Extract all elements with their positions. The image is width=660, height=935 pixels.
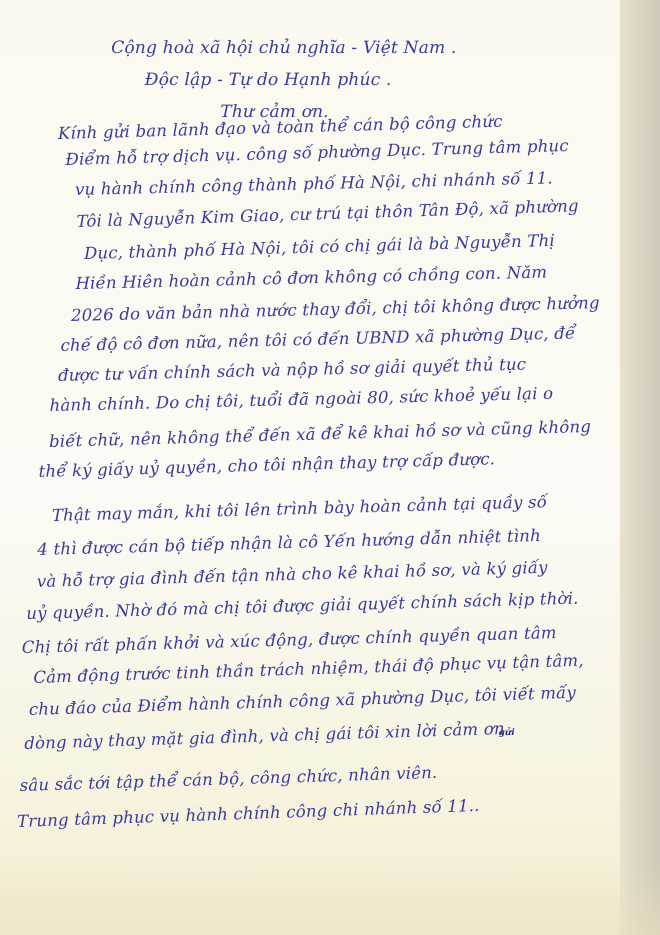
letter-line-4: Tôi là Nguyễn Kim Giao, cư trú tại thôn … — [76, 196, 578, 231]
letter-line-8: chế độ cô đơn nữa, nên tôi có đến UBND x… — [60, 323, 575, 355]
letter-line-16: uỷ quyền. Nhờ đó mà chị tôi được giải qu… — [26, 589, 578, 623]
letter-line-19: chu đáo của Điểm hành chính công xã phườ… — [29, 683, 576, 719]
letter-line-3: vụ hành chính công thành phố Hà Nội, chi… — [75, 168, 553, 199]
letter-line-14: 4 thì được cán bộ tiếp nhận là cô Yến hư… — [37, 526, 541, 559]
letter-line-9: được tư vấn chính sách và nộp hồ sơ giải… — [58, 355, 526, 385]
national-motto-line1: Cộng hoà xã hội chủ nghĩa - Việt Nam . — [111, 38, 457, 58]
letter-line-5: Dục, thành phố Hà Nội, tôi có chị gái là… — [84, 231, 555, 263]
letter-line-18: Cảm động trước tinh thần trách nhiệm, th… — [33, 651, 584, 687]
letter-line-20: dòng này thay mặt gia đình, và chị gái t… — [24, 719, 505, 753]
letter-line-15: và hỗ trợ gia đình đến tận nhà cho kê kh… — [37, 558, 548, 591]
national-motto-line2: Độc lập - Tự do Hạnh phúc . — [145, 70, 392, 90]
letter-line-17: Chị tôi rất phấn khởi và xúc động, được … — [22, 623, 557, 657]
letter-line-2: Điểm hỗ trợ dịch vụ. công số phường Dục.… — [65, 136, 569, 169]
letter-line-7: 2026 do văn bản nhà nước thay đổi, chị t… — [71, 293, 600, 325]
letter-line-6: Hiền Hiên hoàn cảnh cô đơn không có chồn… — [75, 262, 547, 293]
letter-line-22: Trung tâm phục vụ hành chính công chi nh… — [17, 796, 480, 831]
letter-line-10: hành chính. Do chị tôi, tuổi đã ngoài 80… — [50, 384, 554, 415]
letter-line-11: biết chữ, nên không thể đến xã để kê kha… — [49, 417, 591, 451]
letter-line-21: sâu sắc tới tập thể cán bộ, công chức, n… — [20, 763, 438, 795]
letter-paper: Cộng hoà xã hội chủ nghĩa - Việt Nam . Đ… — [0, 0, 636, 935]
paper-edge-shadow — [620, 0, 660, 935]
insertion-note: gửi — [498, 728, 514, 738]
letter-line-13: Thật may mắn, khi tôi lên trình bày hoàn… — [52, 492, 547, 525]
letter-line-12: thể ký giấy uỷ quyền, cho tôi nhận thay … — [38, 449, 495, 481]
